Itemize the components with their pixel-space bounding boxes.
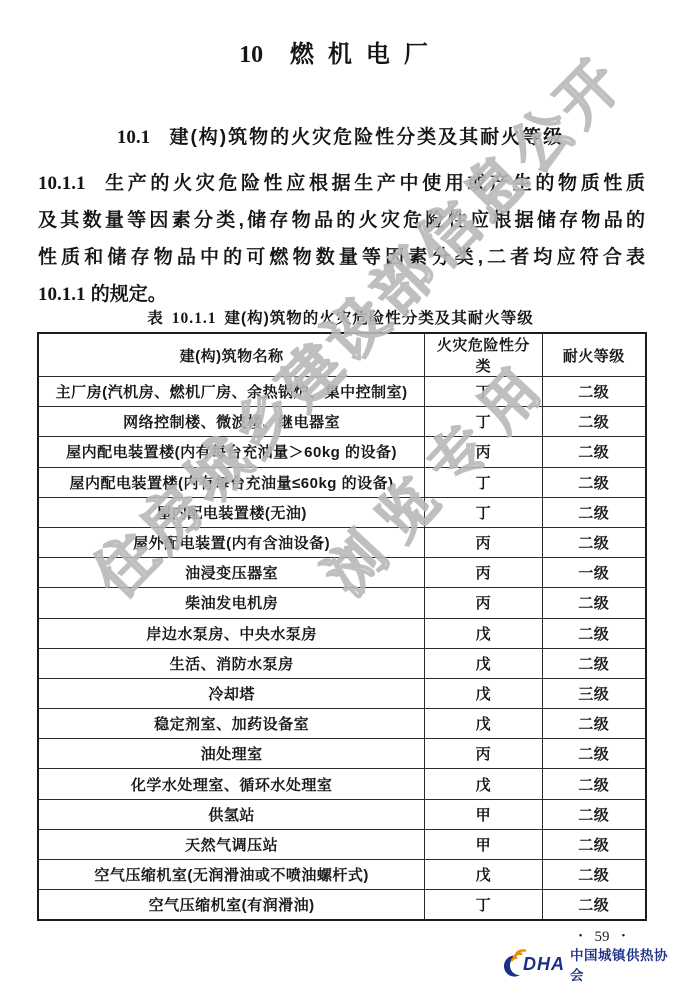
table-row: 岸边水泵房、中央水泵房戊二级: [38, 618, 646, 648]
table-body: 主厂房(汽机房、燃机厂房、余热锅炉、集中控制室)丁二级网络控制楼、微波楼、继电器…: [38, 377, 646, 920]
clause-number: 10.1.1: [38, 173, 86, 194]
table-row: 网络控制楼、微波楼、继电器室丁二级: [38, 407, 646, 437]
table-cell: 油处理室: [38, 739, 425, 769]
table-cell: 屋外配电装置(内有含油设备): [38, 527, 425, 557]
table-cell: 戊: [425, 769, 542, 799]
table-cell: 二级: [542, 437, 646, 467]
table-cell: 丙: [425, 437, 542, 467]
table-row: 屋内配电装置楼(无油)丁二级: [38, 497, 646, 527]
table-cell: 二级: [542, 709, 646, 739]
clause-line-2: 及其数量等因素分类,储存物品的火灾危险性应根据储存物品的: [38, 202, 645, 239]
table-cell: 甲: [425, 829, 542, 859]
table-cell: 甲: [425, 799, 542, 829]
section-number: 10.1: [117, 127, 150, 148]
table-cell: 丁: [425, 467, 542, 497]
table-row: 主厂房(汽机房、燃机厂房、余热锅炉、集中控制室)丁二级: [38, 377, 646, 407]
table-cell: 丙: [425, 558, 542, 588]
table-cell: 二级: [542, 467, 646, 497]
clause-line-3: 性质和储存物品中的可燃物数量等因素分类,二者均应符合表: [38, 239, 645, 276]
table-cell: 丙: [425, 527, 542, 557]
table-cell: 二级: [542, 739, 646, 769]
table-cell: 二级: [542, 769, 646, 799]
table-cell: 二级: [542, 890, 646, 920]
table-cell: 戊: [425, 860, 542, 890]
table-cell: 三级: [542, 678, 646, 708]
table-cell: 空气压缩机室(无润滑油或不喷油螺杆式): [38, 860, 425, 890]
table-cell: 二级: [542, 860, 646, 890]
table-row: 柴油发电机房丙二级: [38, 588, 646, 618]
dha-logo-icon: [492, 948, 532, 980]
table-cell: 二级: [542, 497, 646, 527]
table-cell: 戊: [425, 709, 542, 739]
table-cell: 丙: [425, 739, 542, 769]
table-row: 油处理室丙二级: [38, 739, 646, 769]
chapter-title-text: 燃机电厂: [290, 41, 442, 68]
chapter-title: 10 燃机电厂: [0, 34, 681, 69]
table-row: 天然气调压站甲二级: [38, 829, 646, 859]
association-name: 中国城镇供热协会: [570, 944, 681, 984]
table-cell: 冷却塔: [38, 678, 425, 708]
table-row: 化学水处理室、循环水处理室戊二级: [38, 769, 646, 799]
table-row: 空气压缩机室(无润滑油或不喷油螺杆式)戊二级: [38, 860, 646, 890]
table-row: 生活、消防水泵房戊二级: [38, 648, 646, 678]
document-page: 10 燃机电厂 10.1 建(构)筑物的火灾危险性分类及其耐火等级 10.1.1…: [0, 0, 681, 986]
table-cell: 丁: [425, 377, 542, 407]
table-cell: 二级: [542, 829, 646, 859]
table-cell: 稳定剂室、加药设备室: [38, 709, 425, 739]
table-caption: 表10.1.1建(构)筑物的火灾危险性分类及其耐火等级: [0, 306, 681, 328]
table-cell: 戊: [425, 648, 542, 678]
table-row: 屋内配电装置楼(内有每台充油量≤60kg 的设备)丁二级: [38, 467, 646, 497]
clause-line-1: 10.1.1生产的火灾危险性应根据生产中使用或产生的物质性质: [38, 165, 645, 202]
association-logo: DHA 中国城镇供热协会: [492, 944, 681, 984]
table-row: 屋外配电装置(内有含油设备)丙二级: [38, 527, 646, 557]
table-cell: 戊: [425, 678, 542, 708]
table-row: 冷却塔戊三级: [38, 678, 646, 708]
section-title-text: 建(构)筑物的火灾危险性分类及其耐火等级: [169, 127, 564, 148]
table-cell: 戊: [425, 618, 542, 648]
table-cell: 二级: [542, 648, 646, 678]
table-row: 油浸变压器室丙一级: [38, 558, 646, 588]
table-cell: 屋内配电装置楼(内有每台充油量≤60kg 的设备): [38, 467, 425, 497]
table-cell: 一级: [542, 558, 646, 588]
page-number-dot-right: •: [622, 930, 626, 942]
fire-classification-table: 建(构)筑物名称 火灾危险性分类 耐火等级 主厂房(汽机房、燃机厂房、余热锅炉、…: [37, 332, 647, 921]
header-fire-hazard-class: 火灾危险性分类: [425, 333, 542, 377]
table-cell: 生活、消防水泵房: [38, 648, 425, 678]
table-header-row: 建(构)筑物名称 火灾危险性分类 耐火等级: [38, 333, 646, 377]
table-cell: 丁: [425, 407, 542, 437]
table-cell: 柴油发电机房: [38, 588, 425, 618]
section-heading: 10.1 建(构)筑物的火灾危险性分类及其耐火等级: [0, 122, 681, 149]
page-number-dot-left: •: [579, 930, 583, 942]
table-row: 供氢站甲二级: [38, 799, 646, 829]
table-cell: 空气压缩机室(有润滑油): [38, 890, 425, 920]
table-cell: 化学水处理室、循环水处理室: [38, 769, 425, 799]
table-cell: 二级: [542, 618, 646, 648]
table-row: 稳定剂室、加药设备室戊二级: [38, 709, 646, 739]
table-cell: 网络控制楼、微波楼、继电器室: [38, 407, 425, 437]
table-cell: 油浸变压器室: [38, 558, 425, 588]
table-cell: 丁: [425, 890, 542, 920]
table-cell: 供氢站: [38, 799, 425, 829]
clause-paragraph: 10.1.1生产的火灾危险性应根据生产中使用或产生的物质性质 及其数量等因素分类…: [38, 165, 645, 313]
header-fire-resistance-rating: 耐火等级: [542, 333, 646, 377]
table-cell: 丁: [425, 497, 542, 527]
table-cell: 屋内配电装置楼(内有每台充油量＞60kg 的设备): [38, 437, 425, 467]
table-row: 屋内配电装置楼(内有每台充油量＞60kg 的设备)丙二级: [38, 437, 646, 467]
table-cell: 二级: [542, 799, 646, 829]
table-cell: 主厂房(汽机房、燃机厂房、余热锅炉、集中控制室): [38, 377, 425, 407]
table-cell: 岸边水泵房、中央水泵房: [38, 618, 425, 648]
table-row: 空气压缩机室(有润滑油)丁二级: [38, 890, 646, 920]
table-cell: 丙: [425, 588, 542, 618]
table-cell: 天然气调压站: [38, 829, 425, 859]
header-building-name: 建(构)筑物名称: [38, 333, 425, 377]
table-cell: 二级: [542, 407, 646, 437]
table-cell: 二级: [542, 527, 646, 557]
table-cell: 屋内配电装置楼(无油): [38, 497, 425, 527]
chapter-number: 10: [239, 42, 263, 68]
table-cell: 二级: [542, 588, 646, 618]
table-cell: 二级: [542, 377, 646, 407]
